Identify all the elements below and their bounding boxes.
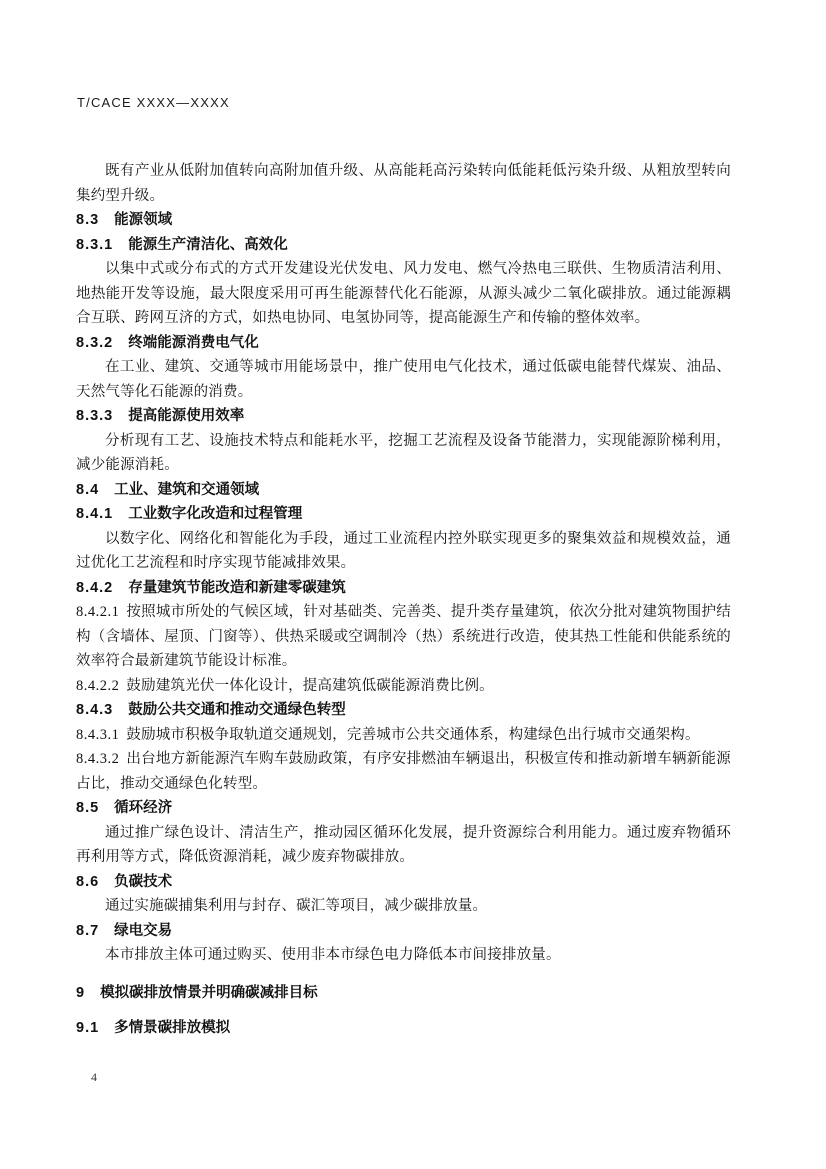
clause-text: 按照城市所处的气候区域，针对基础类、完善类、提升类存量建筑，依次分批对建筑物围护… <box>76 604 731 669</box>
clause-paragraph-8-4-3-1: 8.4.3.1鼓励城市积极争取轨道交通规划，完善城市公共交通体系，构建绿色出行城… <box>76 723 731 748</box>
heading-title: 能源领域 <box>114 212 172 228</box>
section-heading-8-6: 8.6负碳技术 <box>76 870 731 895</box>
clause-text: 出台地方新能源汽车购车鼓励政策，有序安排燃油车辆退出，积极宣传和推动新增车辆新能… <box>76 751 731 792</box>
heading-number: 8.3.1 <box>76 233 113 258</box>
body-paragraph: 分析现有工艺、设施技术特点和能耗水平，挖掘工艺流程及设备节能潜力，实现能源阶梯利… <box>76 429 731 478</box>
heading-number: 8.4.2 <box>76 576 113 601</box>
body-paragraph: 在工业、建筑、交通等城市用能场景中，推广使用电气化技术，通过低碳电能替代煤炭、油… <box>76 355 731 404</box>
section-heading-8-4-2: 8.4.2存量建筑节能改造和新建零碳建筑 <box>76 576 731 601</box>
body-paragraph: 通过推广绿色设计、清洁生产，推动园区循环化发展，提升资源综合利用能力。通过废弃物… <box>76 821 731 870</box>
heading-title: 鼓励公共交通和推动交通绿色转型 <box>128 702 346 718</box>
heading-number: 8.4.3 <box>76 698 113 723</box>
heading-number: 9 <box>76 981 85 1006</box>
clause-number: 8.4.2.2 <box>76 678 119 694</box>
section-heading-8-4-3: 8.4.3鼓励公共交通和推动交通绿色转型 <box>76 698 731 723</box>
clause-number: 8.4.2.1 <box>76 604 119 620</box>
clause-paragraph-8-4-2-1: 8.4.2.1按照城市所处的气候区域，针对基础类、完善类、提升类存量建筑，依次分… <box>76 600 731 674</box>
heading-title: 终端能源消费电气化 <box>128 335 259 351</box>
heading-title: 能源生产清洁化、高效化 <box>128 237 288 253</box>
section-heading-8-3-2: 8.3.2终端能源消费电气化 <box>76 331 731 356</box>
heading-title: 负碳技术 <box>114 874 172 890</box>
heading-number: 8.3.3 <box>76 404 113 429</box>
page-number-footer: 4 <box>91 1070 97 1085</box>
heading-title: 模拟碳排放情景并明确碳减排目标 <box>100 985 318 1001</box>
heading-title: 提高能源使用效率 <box>128 408 244 424</box>
clause-text: 鼓励城市积极争取轨道交通规划，完善城市公共交通体系，构建绿色出行城市交通架构。 <box>126 727 699 743</box>
heading-title: 绿电交易 <box>114 923 172 939</box>
heading-number: 8.6 <box>76 870 99 895</box>
section-heading-8-3: 8.3能源领域 <box>76 208 731 233</box>
heading-title: 工业数字化改造和过程管理 <box>128 506 302 522</box>
section-heading-8-3-3: 8.3.3提高能源使用效率 <box>76 404 731 429</box>
chapter-heading-9: 9模拟碳排放情景并明确碳减排目标 <box>76 981 731 1006</box>
section-heading-8-3-1: 8.3.1能源生产清洁化、高效化 <box>76 233 731 258</box>
heading-title: 存量建筑节能改造和新建零碳建筑 <box>128 580 346 596</box>
body-paragraph: 以数字化、网络化和智能化为手段，通过工业流程内控外联实现更多的聚集效益和规模效益… <box>76 527 731 576</box>
standard-code-header: T/CACE XXXX—XXXX <box>77 95 230 110</box>
section-heading-8-4: 8.4工业、建筑和交通领域 <box>76 478 731 503</box>
body-paragraph: 既有产业从低附加值转向高附加值升级、从高能耗高污染转向低能耗低污染升级、从粗放型… <box>76 159 731 208</box>
heading-number: 8.4.1 <box>76 502 113 527</box>
section-heading-8-7: 8.7绿电交易 <box>76 919 731 944</box>
section-heading-8-5: 8.5循环经济 <box>76 796 731 821</box>
clause-paragraph-8-4-3-2: 8.4.3.2出台地方新能源汽车购车鼓励政策，有序安排燃油车辆退出，积极宣传和推… <box>76 747 731 796</box>
document-body: 既有产业从低附加值转向高附加值升级、从高能耗高污染转向低能耗低污染升级、从粗放型… <box>76 159 731 1041</box>
section-heading-8-4-1: 8.4.1工业数字化改造和过程管理 <box>76 502 731 527</box>
clause-number: 8.4.3.1 <box>76 727 119 743</box>
heading-number: 8.3 <box>76 208 99 233</box>
body-paragraph: 以集中式或分布式的方式开发建设光伏发电、风力发电、燃气冷热电三联供、生物质清洁利… <box>76 257 731 331</box>
heading-number: 8.3.2 <box>76 331 113 356</box>
heading-title: 工业、建筑和交通领域 <box>114 482 259 498</box>
clause-text: 鼓励建筑光伏一体化设计，提高建筑低碳能源消费比例。 <box>126 678 494 694</box>
document-page: T/CACE XXXX—XXXX 既有产业从低附加值转向高附加值升级、从高能耗高… <box>0 0 826 1169</box>
heading-title: 多情景碳排放模拟 <box>114 1020 230 1036</box>
clause-number: 8.4.3.2 <box>76 751 119 767</box>
clause-paragraph-8-4-2-2: 8.4.2.2鼓励建筑光伏一体化设计，提高建筑低碳能源消费比例。 <box>76 674 731 699</box>
heading-number: 8.7 <box>76 919 99 944</box>
section-heading-9-1: 9.1多情景碳排放模拟 <box>76 1016 731 1041</box>
heading-number: 9.1 <box>76 1016 99 1041</box>
body-paragraph: 本市排放主体可通过购买、使用非本市绿色电力降低本市间接排放量。 <box>76 943 731 968</box>
heading-number: 8.4 <box>76 478 99 503</box>
body-paragraph: 通过实施碳捕集利用与封存、碳汇等项目，减少碳排放量。 <box>76 894 731 919</box>
heading-title: 循环经济 <box>114 800 172 816</box>
heading-number: 8.5 <box>76 796 99 821</box>
